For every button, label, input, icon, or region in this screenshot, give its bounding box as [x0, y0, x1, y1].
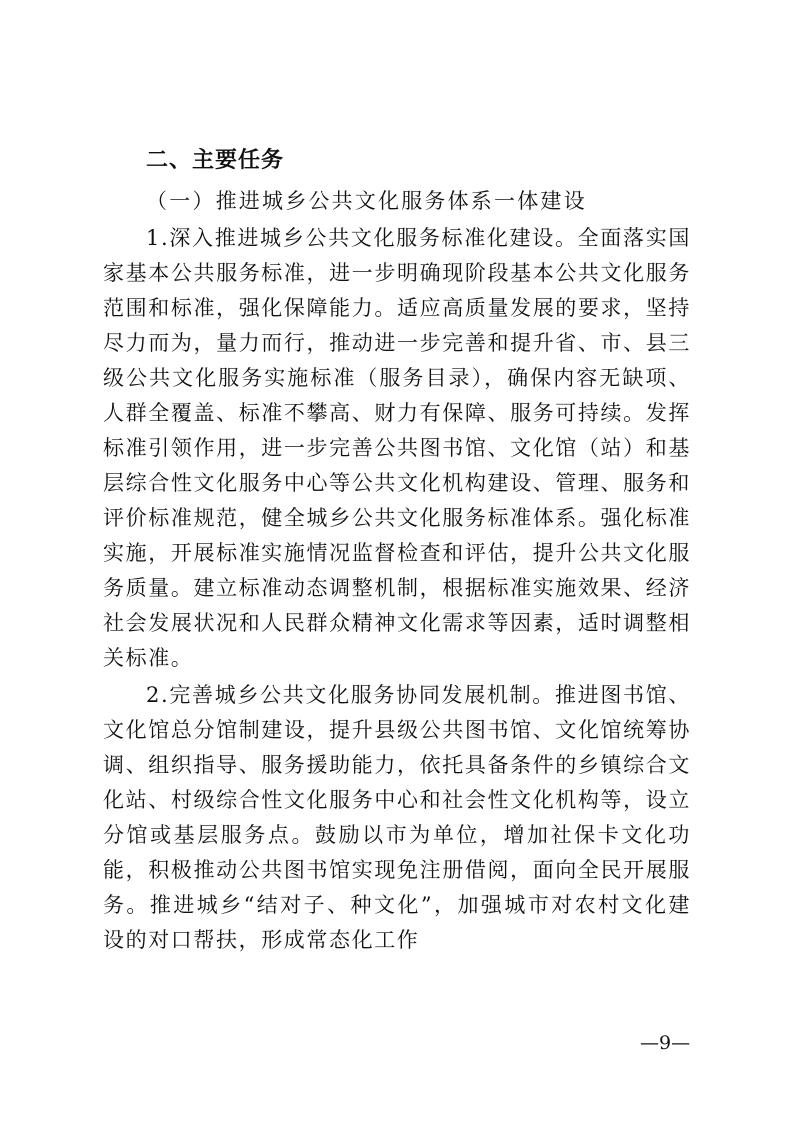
page-number: —9— — [640, 1030, 690, 1056]
paragraph-standardization: 1.深入推进城乡公共文化服务标准化建设。全面落实国家基本公共服务标准，进一步明确… — [103, 221, 691, 676]
document-body: 二、主要任务 （一）推进城乡公共文化服务体系一体建设 1.深入推进城乡公共文化服… — [103, 143, 691, 958]
sub-heading: （一）推进城乡公共文化服务体系一体建设 — [146, 183, 691, 219]
paragraph-coordination: 2.完善城乡公共文化服务协同发展机制。推进图书馆、文化馆总分馆制建设，提升县级公… — [103, 678, 691, 958]
section-heading: 二、主要任务 — [146, 143, 691, 179]
document-page: 二、主要任务 （一）推进城乡公共文化服务体系一体建设 1.深入推进城乡公共文化服… — [0, 0, 793, 1122]
